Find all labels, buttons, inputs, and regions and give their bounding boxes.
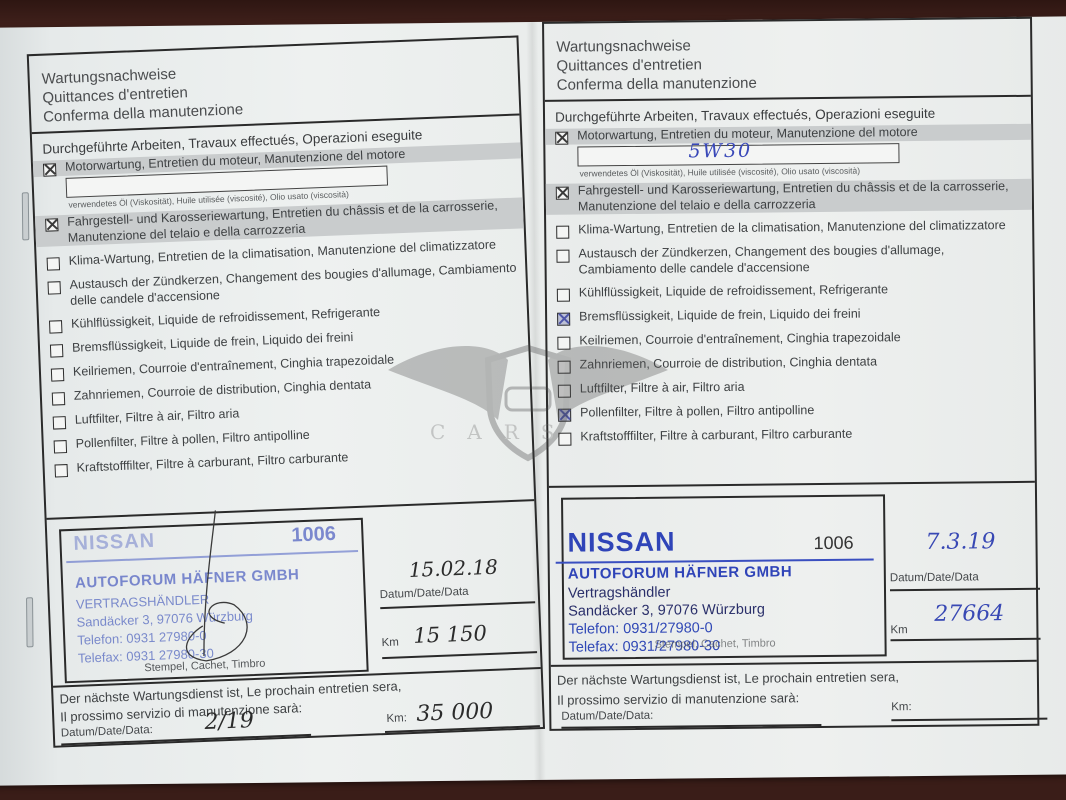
checkbox-icon[interactable]: [557, 337, 570, 350]
checked-checkbox-icon[interactable]: [558, 409, 571, 422]
next-date-label: Datum/Date/Data:: [61, 724, 153, 740]
work-item: Austausch der Zündkerzen, Changement des…: [546, 242, 1032, 278]
service-record-left: Wartungsnachweise Quittances d'entretien…: [27, 35, 545, 747]
checkbox-icon[interactable]: [558, 433, 571, 446]
next-km-underline: [891, 718, 1047, 721]
date-underline: [380, 601, 535, 609]
staple: [22, 192, 30, 240]
next-date-label: Datum/Date/Data:: [561, 710, 653, 723]
work-item: Kühlflüssigkeit, Liquide de refroidissem…: [547, 281, 1033, 302]
checkbox-icon[interactable]: [51, 368, 64, 381]
checkbox-engine[interactable]: [555, 132, 568, 145]
oil-viscosity-value: 5W30: [688, 140, 752, 163]
work-item-label: Keilriemen, Courroie d'entraînement, Cin…: [579, 330, 900, 349]
stamp-section: NISSAN 1006 AUTOFORUM HÄFNER GMBH Vertra…: [549, 481, 1037, 664]
stamp-number: 1006: [813, 533, 853, 554]
checkbox-icon[interactable]: [558, 385, 571, 398]
work-item-label: Zahnriemen, Courroie de distribution, Ci…: [580, 354, 878, 373]
checkbox-icon[interactable]: [55, 464, 68, 477]
next-date-value: 2/19: [204, 708, 254, 735]
stamp-section: NISSAN 1006 AUTOFORUM HÄFNER GMBH VERTRA…: [47, 499, 541, 692]
stamp-line: Sandäcker 3, 97076 Würzburg: [568, 602, 765, 620]
service-km-value: 15 150: [413, 621, 487, 648]
work-item-label: Keilriemen, Courroie d'entraînement, Cin…: [73, 352, 395, 380]
next-km-label: Km:: [386, 712, 407, 725]
checkbox-engine[interactable]: [43, 163, 56, 176]
next-km-value: 35 000: [416, 699, 494, 727]
work-item: Kraftstofffilter, Filtre à carburant, Fi…: [548, 425, 1034, 446]
checked-checkbox-icon[interactable]: [556, 187, 569, 200]
work-item-label: Zahnriemen, Courroie de distribution, Ci…: [74, 377, 372, 404]
work-item: Bremsflüssigkeit, Liquide de frein, Liqu…: [547, 305, 1033, 326]
km-label: Km: [890, 624, 907, 636]
stamp-line: Telefon: 0931/27980-0: [568, 620, 712, 638]
service-booklet: Wartungsnachweise Quittances d'entretien…: [0, 16, 1066, 785]
next-km-underline: [385, 725, 540, 733]
work-item-label: Fahrgestell- und Karosseriewartung, Entr…: [578, 179, 1024, 215]
service-record-right: Wartungsnachweise Quittances d'entretien…: [542, 17, 1039, 731]
work-item-label: Kühlflüssigkeit, Liquide de refroidissem…: [579, 282, 888, 301]
title-block: Wartungsnachweise Quittances d'entretien…: [544, 19, 1031, 102]
checkbox-icon[interactable]: [54, 440, 67, 453]
checkbox-icon[interactable]: [556, 250, 569, 263]
checkbox-icon[interactable]: [52, 392, 65, 405]
staple: [26, 597, 34, 647]
work-item-label: Pollenfilter, Filtre à pollen, Filtro an…: [580, 403, 814, 421]
checkbox-icon[interactable]: [50, 344, 63, 357]
next-km-label: Km:: [891, 701, 912, 713]
oil-viscosity-field[interactable]: 5W30: [577, 143, 899, 166]
km-label: Km: [381, 636, 399, 649]
work-items: Fahrgestell- und Karosseriewartung, Entr…: [546, 179, 1035, 446]
next-service-section: Der nächste Wartungsdienst ist, Le proch…: [551, 660, 1038, 729]
checkbox-icon[interactable]: [47, 257, 60, 270]
work-item: Fahrgestell- und Karosseriewartung, Entr…: [546, 179, 1032, 215]
checkbox-icon[interactable]: [558, 361, 571, 374]
title-it: Conferma della manutenzione: [557, 71, 1031, 95]
work-item-label: Luftfilter, Filtre à air, Filtro aria: [75, 406, 240, 428]
checked-checkbox-icon[interactable]: [45, 218, 58, 231]
work-item: Zahnriemen, Courroie de distribution, Ci…: [548, 353, 1034, 374]
work-item-label: Pollenfilter, Filtre à pollen, Filtro an…: [75, 428, 310, 452]
service-date-value: 7.3.19: [925, 529, 995, 555]
work-item: Luftfilter, Filtre à air, Filtro aria: [548, 377, 1034, 398]
checkbox-icon[interactable]: [53, 416, 66, 429]
work-item-label: Kraftstofffilter, Filtre à carburant, Fi…: [76, 450, 348, 476]
service-km-value: 27664: [934, 601, 1004, 627]
work-item-label: Luftfilter, Filtre à air, Filtro aria: [580, 380, 745, 397]
work-item: Klima-Wartung, Entretien de la climatisa…: [546, 218, 1032, 239]
checkbox-icon[interactable]: [47, 281, 60, 294]
km-underline: [891, 638, 1041, 641]
work-items: Fahrgestell- und Karosseriewartung, Entr…: [35, 197, 533, 478]
next-service-line2: Il prossimo servizio di manutenzione sar…: [557, 690, 799, 708]
work-item-label: Kühlflüssigkeit, Liquide de refroidissem…: [71, 305, 381, 332]
stamp-number: 1006: [291, 523, 336, 548]
stamp-company: AUTOFORUM HÄFNER GMBH: [568, 563, 793, 582]
date-label: Datum/Date/Data: [890, 571, 979, 584]
work-item-label: Bremsflüssigkeit, Liquide de frein, Liqu…: [579, 307, 861, 325]
checkbox-icon[interactable]: [556, 226, 569, 239]
work-item: Pollenfilter, Filtre à pollen, Filtro an…: [548, 401, 1034, 422]
work-item: Keilriemen, Courroie d'entraînement, Cin…: [547, 329, 1033, 350]
stamp-brand: NISSAN: [73, 530, 155, 556]
work-item-label: Bremsflüssigkeit, Liquide de frein, Liqu…: [72, 330, 354, 356]
work-list: Motorwartung, Entretien du moteur, Manut…: [545, 124, 1034, 446]
work-item-engine: Motorwartung, Entretien du moteur, Manut…: [545, 124, 1031, 145]
stamp-line: Vertragshändler: [568, 585, 671, 602]
checkbox-icon[interactable]: [557, 289, 570, 302]
work-item-label: Klima-Wartung, Entretien de la climatisa…: [578, 218, 1006, 238]
work-list: Motorwartung, Entretien du moteur, Manut…: [33, 142, 533, 477]
date-underline: [890, 588, 1040, 591]
service-date-value: 15.02.18: [408, 555, 498, 582]
signature: [160, 503, 286, 677]
dealer-stamp-box: NISSAN 1006 AUTOFORUM HÄFNER GMBH Vertra…: [561, 494, 887, 659]
section-heading: Durchgeführte Arbeiten, Travaux effectué…: [545, 97, 1031, 127]
work-item-label: Kraftstofffilter, Filtre à carburant, Fi…: [580, 427, 852, 445]
stamp-caption: Stempel, Cachet, Timbro: [654, 637, 775, 650]
next-service-line1: Der nächste Wartungsdienst ist, Le proch…: [557, 669, 899, 688]
km-underline: [382, 651, 537, 659]
next-date-underline: [561, 724, 821, 729]
stamp-brand: NISSAN: [567, 527, 675, 559]
date-label: Datum/Date/Data: [380, 586, 469, 601]
stamp-rule: [556, 558, 874, 563]
checkbox-icon[interactable]: [49, 320, 62, 333]
work-item-label: Austausch der Zündkerzen, Changement des…: [578, 242, 1024, 278]
dealer-stamp-box: NISSAN 1006 AUTOFORUM HÄFNER GMBH VERTRA…: [59, 518, 369, 684]
checked-checkbox-icon[interactable]: [557, 313, 570, 326]
